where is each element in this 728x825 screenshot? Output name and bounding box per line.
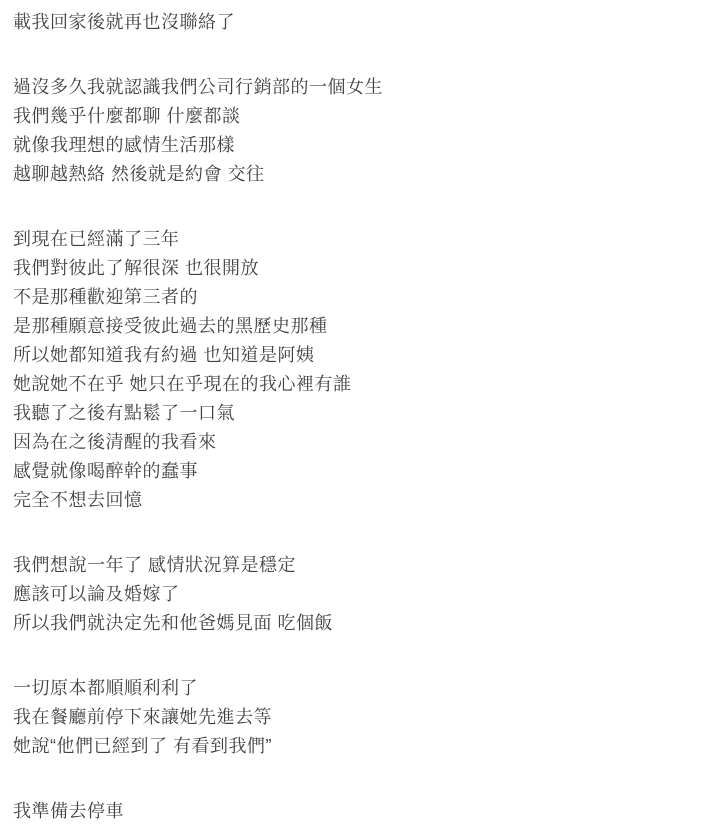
- paragraph-5: 一切原本都順順利利了 我在餐廳前停下來讓她先進去等 她說“他們已經到了 有看到我…: [13, 674, 708, 761]
- text-line: 我準備去停車: [13, 797, 708, 825]
- paragraph-2: 過沒多久我就認識我們公司行銷部的一個女生 我們幾乎什麼都聊 什麼都談 就像我理想…: [13, 73, 708, 189]
- text-line: 所以她都知道我有約過 也知道是阿姨: [13, 341, 708, 370]
- text-line: 完全不想去回憶: [13, 486, 708, 515]
- text-line: 不是那種歡迎第三者的: [13, 283, 708, 312]
- text-line: 因為在之後清醒的我看來: [13, 428, 708, 457]
- text-line: 我們對彼此了解很深 也很開放: [13, 254, 708, 283]
- quoted-text-line: 她說“他們已經到了 有看到我們”: [13, 732, 708, 761]
- post-content: 載我回家後就再也沒聯絡了 過沒多久我就認識我們公司行銷部的一個女生 我們幾乎什麼…: [0, 0, 728, 825]
- text-line: 過沒多久我就認識我們公司行銷部的一個女生: [13, 73, 708, 102]
- text-line: 到現在已經滿了三年: [13, 225, 708, 254]
- paragraph-6: 我準備去停車: [13, 797, 708, 825]
- text-line: 我們幾乎什麼都聊 什麼都談: [13, 102, 708, 131]
- paragraph-3: 到現在已經滿了三年 我們對彼此了解很深 也很開放 不是那種歡迎第三者的 是那種願…: [13, 225, 708, 515]
- paragraph-1: 載我回家後就再也沒聯絡了: [13, 8, 708, 37]
- text-line: 一切原本都順順利利了: [13, 674, 708, 703]
- text-line: 她說她不在乎 她只在乎現在的我心裡有誰: [13, 370, 708, 399]
- text-line: 所以我們就決定先和他爸媽見面 吃個飯: [13, 609, 708, 638]
- text-line: 越聊越熱絡 然後就是約會 交往: [13, 160, 708, 189]
- text-line: 應該可以論及婚嫁了: [13, 580, 708, 609]
- paragraph-4: 我們想說一年了 感情狀況算是穩定 應該可以論及婚嫁了 所以我們就決定先和他爸媽見…: [13, 551, 708, 638]
- text-line: 我在餐廳前停下來讓她先進去等: [13, 703, 708, 732]
- text-line: 我聽了之後有點鬆了一口氣: [13, 399, 708, 428]
- text-line: 感覺就像喝醉幹的蠢事: [13, 457, 708, 486]
- text-line: 是那種願意接受彼此過去的黑歷史那種: [13, 312, 708, 341]
- text-line: 載我回家後就再也沒聯絡了: [13, 8, 708, 37]
- text-line: 就像我理想的感情生活那樣: [13, 131, 708, 160]
- text-line: 我們想說一年了 感情狀況算是穩定: [13, 551, 708, 580]
